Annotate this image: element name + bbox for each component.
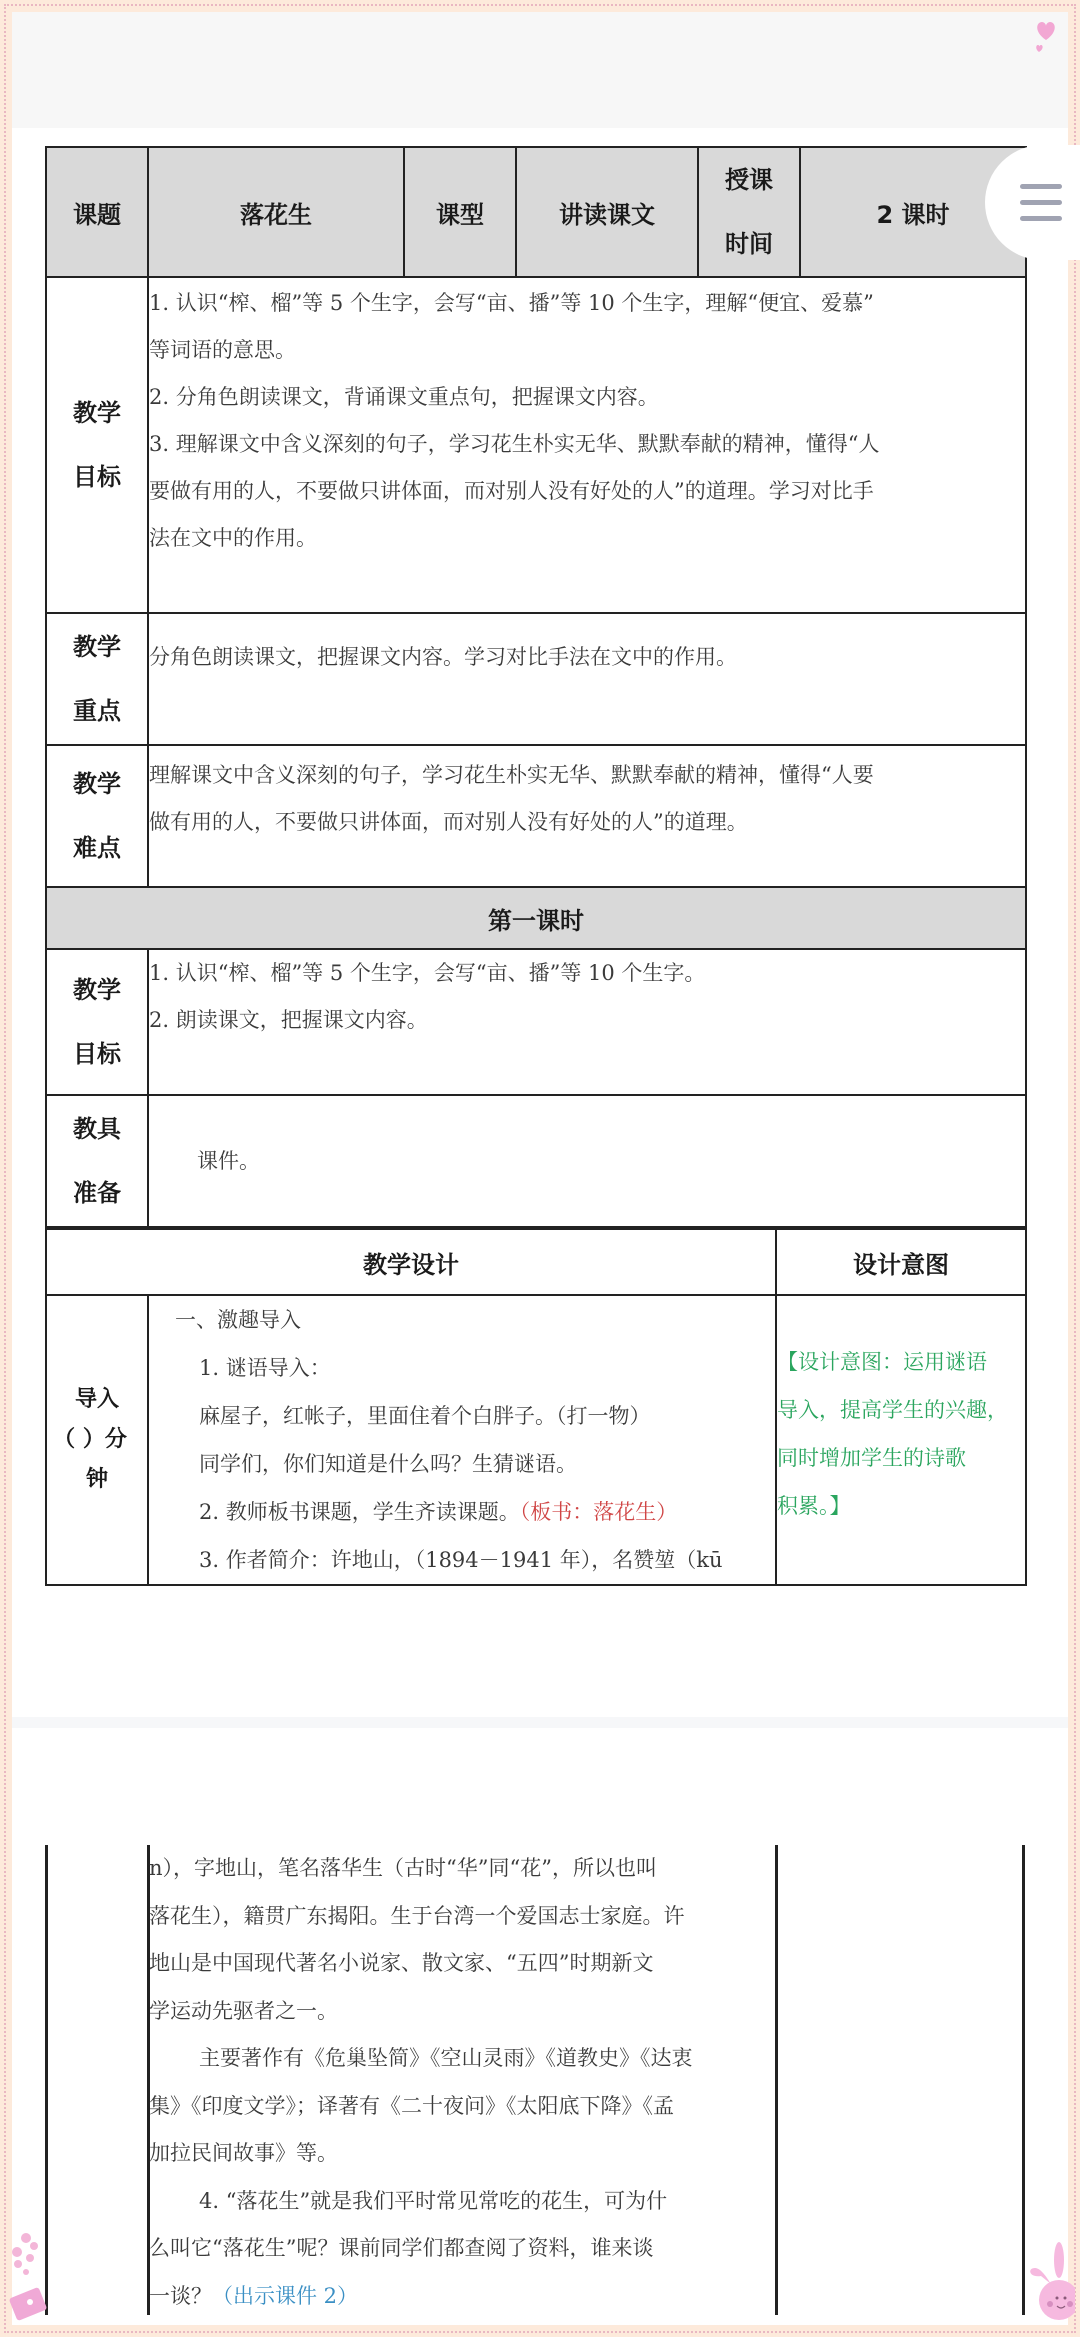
label-line: 准备 [47,1161,147,1225]
objectives-content: 1. 认识“榨、榴”等 5 个生字，会写“亩、播”等 10 个生字，理解“便宜、… [148,277,1026,613]
heart-icon [1030,18,1062,62]
first-period-row: 第一课时 [46,887,1026,949]
time-label: 授课 时间 [698,147,800,277]
label-line: 教具 [47,1097,147,1161]
time-label-line2: 时间 [699,212,799,276]
label-line: 教学 [47,381,147,445]
design-table: 教学设计 设计意图 导入 （ ）分 钟 一、激趣导入 1. 谜语导入： 麻屋子，… [45,1228,1027,1586]
time-label-line1: 授课 [699,148,799,212]
author-intro-text: n），字地山，笔名落华生（古时“华”同“花”，所以也叫 落花生），籍贯广东揭阳。… [149,1845,773,2320]
label-line: 钟 [47,1460,147,1500]
label-line: 教学 [47,615,147,679]
label-line: 目标 [47,445,147,509]
top-blank-area [12,12,1068,128]
phase-label: 导入 （ ）分 钟 [46,1295,148,1585]
text-line: 学运动先驱者之一。 [149,1988,773,2036]
label-line: （ ）分 [33,1420,147,1460]
intent-line: 积累。】 [777,1482,1025,1530]
hamburger-bar [1020,184,1062,189]
lesson-plan-table: 课题 落花生 课型 讲读课文 授课 时间 2 课时 教学 目标 1. 认识“榨、… [45,146,1027,1228]
text-line: 1. 认识“榨、榴”等 5 个生字，会写“亩、播”等 10 个生字，理解“便宜、… [149,280,1025,327]
title-label: 课题 [46,147,148,277]
title-value: 落花生 [148,147,404,277]
type-label: 课型 [404,147,516,277]
text-line: 等词语的意思。 [149,327,1025,374]
text-line: 2. 朗读课文，把握课文内容。 [149,997,1025,1044]
difficulties-label: 教学 难点 [46,745,148,887]
label-line: 目标 [47,1022,147,1086]
text-line: 么叫它“落花生”呢？课前同学们都查阅了资料，谁来谈 [149,2225,773,2273]
hearts-envelope-icon [4,2230,50,2334]
label-line: 导入 [47,1380,147,1420]
text-line: 同学们，你们知道是什么吗？生猜谜语。 [175,1440,775,1488]
label-line: 教学 [47,958,147,1022]
key-points-row: 教学 重点 分角色朗读课文，把握课文内容。学习对比手法在文中的作用。 [46,613,1026,745]
label-line: 难点 [47,816,147,880]
text-line: 2. 教师板书课题，学生齐读课题。 [199,1500,520,1524]
text-line: 地山是中国现代著名小说家、散文家、“五四”时期新文 [149,1940,773,1988]
hamburger-bar [1020,200,1062,205]
text-line: 2. 分角色朗读课文，背诵课文重点句，把握课文内容。 [149,374,1025,421]
text-line: 法在文中的作用。 [149,515,1025,562]
objectives-label: 教学 目标 [46,277,148,613]
label-line: 教学 [47,752,147,816]
text-line: 一谈？ [149,2284,212,2308]
section-title: 一、激趣导入 [175,1296,775,1344]
text-line: 1. 认识“榨、榴”等 5 个生字，会写“亩、播”等 10 个生字。 [149,950,1025,997]
text-line: 做有用的人，不要做只讲体面，而对别人没有好处的人”的道理。 [149,799,1025,846]
period-objectives-content: 1. 认识“榨、榴”等 5 个生字，会写“亩、播”等 10 个生字。 2. 朗读… [148,949,1026,1095]
bunny-icon [1025,2238,1075,2332]
intent-column-header: 设计意图 [776,1229,1026,1295]
courseware-note: （出示课件 2） [212,2284,358,2308]
text-line: 集》《印度文学》；译著有《二十夜问》《太阳底下降》《孟 [149,2083,773,2131]
intent-line: 同时增加学生的诗歌 [777,1434,1025,1482]
intro-row: 导入 （ ）分 钟 一、激趣导入 1. 谜语导入： 麻屋子，红帐子，里面住着个白… [46,1295,1026,1585]
intent-line: 导入，提高学生的兴趣， [777,1386,1025,1434]
text-line: 3. 作者简介：许地山，（1894－1941 年），名赞堃（kū [175,1536,775,1584]
intent-line: 【设计意图：运用谜语 [777,1338,1025,1386]
design-content: 一、激趣导入 1. 谜语导入： 麻屋子，红帐子，里面住着个白胖子。（打一物） 同… [148,1295,776,1585]
difficulties-row: 教学 难点 理解课文中含义深刻的句子，学习花生朴实无华、默默奉献的精神，懂得“人… [46,745,1026,887]
difficulties-content: 理解课文中含义深刻的句子，学习花生朴实无华、默默奉献的精神，懂得“人要 做有用的… [148,745,1026,887]
design-header-row: 教学设计 设计意图 [46,1229,1026,1295]
board-note: （板书：落花生） [520,1500,678,1524]
text-line: 加拉民间故事》等。 [149,2130,773,2178]
tools-label: 教具 准备 [46,1095,148,1227]
label-line: 重点 [47,679,147,743]
text-line: 主要著作有《危巢坠简》《空山灵雨》《道教史》《达衷 [149,2035,773,2083]
tools-row: 教具 准备 课件。 [46,1095,1026,1227]
design-intent-content: 【设计意图：运用谜语 导入，提高学生的兴趣， 同时增加学生的诗歌 积累。】 [776,1295,1026,1585]
key-points-label: 教学 重点 [46,613,148,745]
text-line: 分角色朗读课文，把握课文内容。学习对比手法在文中的作用。 [149,634,1025,681]
text-line: 落花生），籍贯广东揭阳。生于台湾一个爱国志士家庭。许 [149,1893,773,1941]
period-objectives-row: 教学 目标 1. 认识“榨、榴”等 5 个生字，会写“亩、播”等 10 个生字。… [46,949,1026,1095]
text-line: 课件。 [197,1138,1025,1185]
text-line: 理解课文中含义深刻的句子，学习花生朴实无华、默默奉献的精神，懂得“人要 [149,752,1025,799]
page-2-continuation: n），字地山，笔名落华生（古时“华”同“花”，所以也叫 落花生），籍贯广东揭阳。… [45,1845,1025,2315]
tools-content: 课件。 [148,1095,1026,1227]
hamburger-bar [1020,216,1062,221]
text-line: n），字地山，笔名落华生（古时“华”同“花”，所以也叫 [149,1845,773,1893]
objectives-row: 教学 目标 1. 认识“榨、榴”等 5 个生字，会写“亩、播”等 10 个生字，… [46,277,1026,613]
text-line: 麻屋子，红帐子，里面住着个白胖子。（打一物） [175,1392,775,1440]
first-period-title: 第一课时 [46,887,1026,949]
text-line: 要做有用的人，不要做只讲体面，而对别人没有好处的人”的道理。学习对比手 [149,468,1025,515]
type-value: 讲读课文 [516,147,698,277]
header-row: 课题 落花生 课型 讲读课文 授课 时间 2 课时 [46,147,1026,277]
key-points-content: 分角色朗读课文，把握课文内容。学习对比手法在文中的作用。 [148,613,1026,745]
table-border-col2 [775,1845,778,2315]
text-line: 4. “落花生”就是我们平时常见常吃的花生，可为什 [149,2178,773,2226]
text-line: 3. 理解课文中含义深刻的句子，学习花生朴实无华、默默奉献的精神，懂得“人 [149,421,1025,468]
text-line: 1. 谜语导入： [175,1344,775,1392]
page-separator [12,1717,1068,1728]
design-column-header: 教学设计 [46,1229,776,1295]
period-objectives-label: 教学 目标 [46,949,148,1095]
